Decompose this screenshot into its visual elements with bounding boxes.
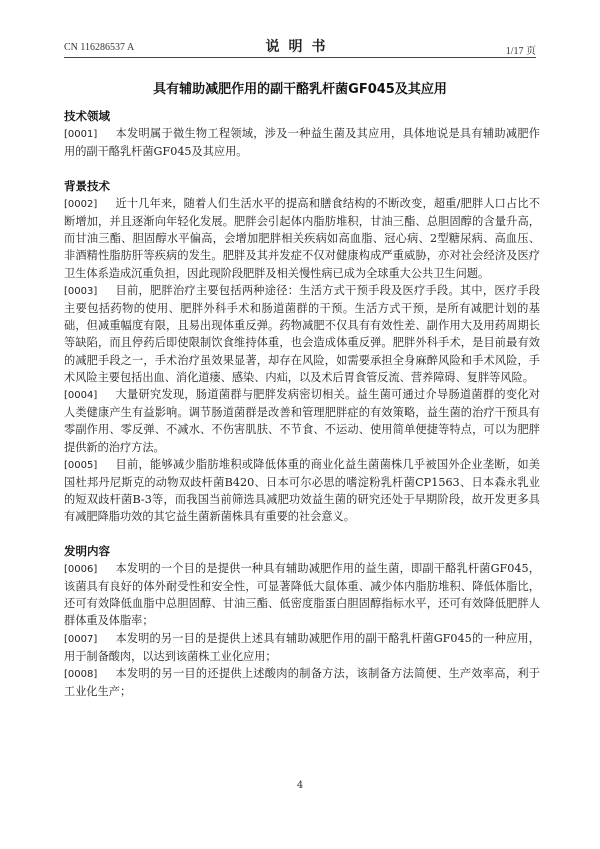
patent-page: CN 116286537 A 说明书 1/17 页 具有辅助减肥作用的副干酪乳杆…: [0, 0, 600, 849]
section-heading-invention-content: 发明内容: [64, 543, 540, 560]
paragraph-number: [0003]: [64, 286, 97, 297]
paragraph-text: 目前，肥胖治疗主要包括两种途径：生活方式干预手段及医疗手段。其中，医疗手段主要包…: [64, 284, 540, 384]
paragraph-0001: [0001]本发明属于微生物工程领域，涉及一种益生菌及其应用，具体地说是具有辅助…: [64, 125, 540, 160]
document-type: 说明书: [64, 36, 536, 56]
paragraph-0005: [0005]目前，能够减少脂肪堆积或降低体重的商业化益生菌菌株几乎被国外企业垄断…: [64, 456, 540, 526]
paragraph-text: 本发明的另一目的还提供上述酸肉的制备方法，该制备方法简便、生产效率高，利于工业化…: [64, 667, 540, 698]
paragraph-number: [0001]: [64, 129, 97, 140]
paragraph-number: [0004]: [64, 390, 97, 401]
paragraph-text: 本发明的另一目的是提供上述具有辅助减肥作用的副干酪乳杆菌GF045的一种应用，用…: [64, 632, 540, 663]
page-info: 1/17 页: [506, 42, 536, 57]
paragraph-number: [0002]: [64, 199, 97, 210]
paragraph-number: [0005]: [64, 460, 97, 471]
paragraph-0006: [0006]本发明的一个目的是提供一种具有辅助减肥作用的益生菌，即副干酪乳杆菌G…: [64, 560, 540, 630]
paragraph-text: 本发明属于微生物工程领域，涉及一种益生菌及其应用，具体地说是具有辅助减肥作用的副…: [64, 127, 540, 158]
section-heading-background: 背景技术: [64, 178, 540, 195]
paragraph-number: [0006]: [64, 564, 97, 575]
paragraph-text: 本发明的一个目的是提供一种具有辅助减肥作用的益生菌，即副干酪乳杆菌GF045，该…: [64, 562, 540, 628]
paragraph-0003: [0003]目前，肥胖治疗主要包括两种途径：生活方式干预手段及医疗手段。其中，医…: [64, 282, 540, 386]
page-header: CN 116286537 A 说明书 1/17 页: [64, 36, 536, 56]
document-title: 具有辅助减肥作用的副干酪乳杆菌GF045及其应用: [64, 78, 536, 97]
header-rule: [64, 57, 536, 58]
paragraph-0007: [0007]本发明的另一目的是提供上述具有辅助减肥作用的副干酪乳杆菌GF045的…: [64, 630, 540, 665]
paragraph-text: 目前，能够减少脂肪堆积或降低体重的商业化益生菌菌株几乎被国外企业垄断，如美国杜邦…: [64, 458, 540, 524]
paragraph-text: 大量研究发现，肠道菌群与肥胖发病密切相关。益生菌可通过介导肠道菌群的变化对人类健…: [64, 388, 540, 454]
paragraph-number: [0008]: [64, 669, 97, 680]
section-heading-technical-field: 技术领域: [64, 108, 540, 125]
paragraph-0004: [0004]大量研究发现，肠道菌群与肥胖发病密切相关。益生菌可通过介导肠道菌群的…: [64, 386, 540, 456]
page-number: 4: [0, 780, 600, 791]
document-body: 技术领域 [0001]本发明属于微生物工程领域，涉及一种益生菌及其应用，具体地说…: [64, 108, 540, 701]
paragraph-text: 近十几年来，随着人们生活水平的提高和膳食结构的不断改变，超重/肥胖人口占比不断增…: [64, 197, 540, 280]
paragraph-0008: [0008]本发明的另一目的还提供上述酸肉的制备方法，该制备方法简便、生产效率高…: [64, 665, 540, 700]
paragraph-0002: [0002]近十几年来，随着人们生活水平的提高和膳食结构的不断改变，超重/肥胖人…: [64, 195, 540, 282]
paragraph-number: [0007]: [64, 634, 97, 645]
